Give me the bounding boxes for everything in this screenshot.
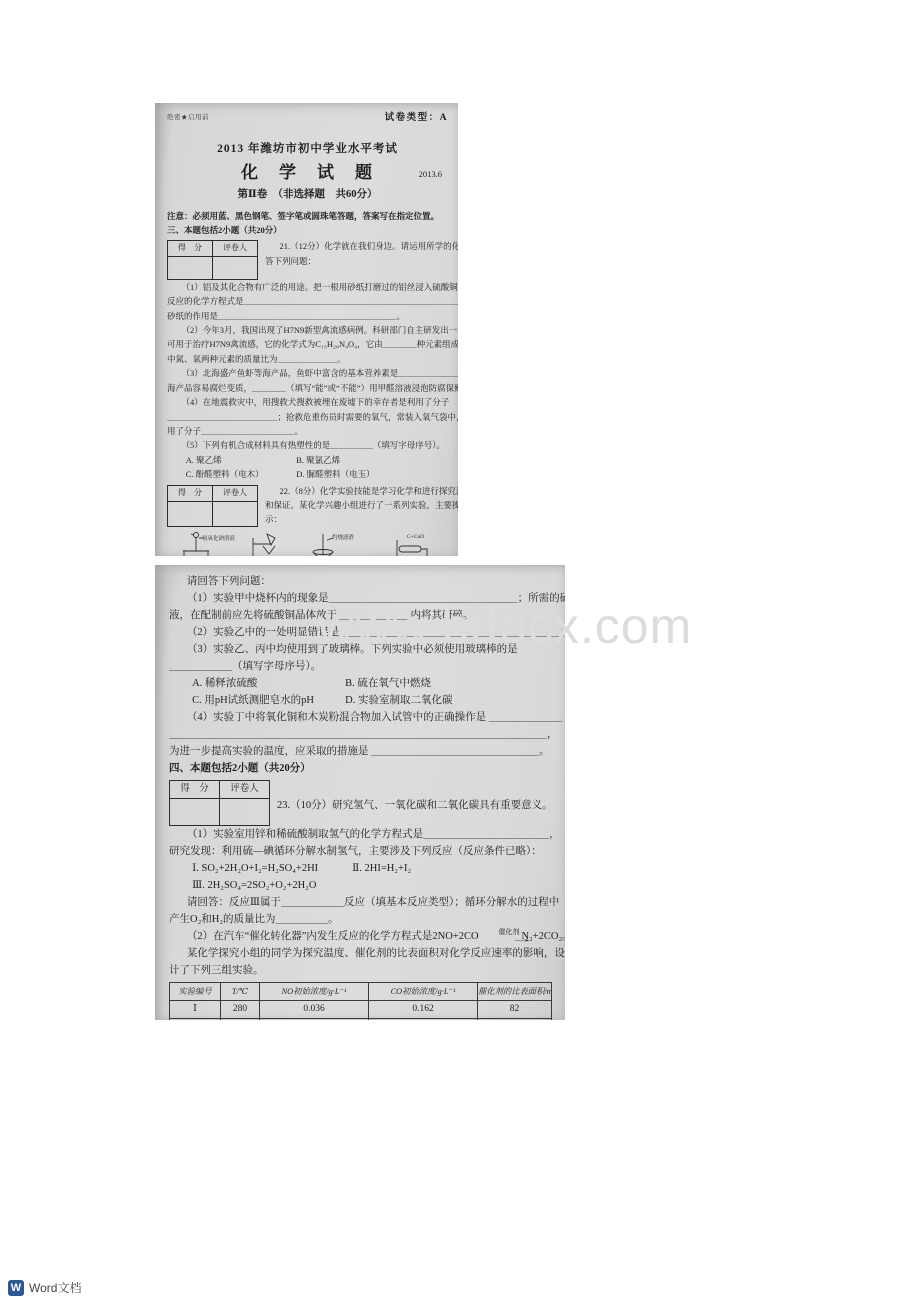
q22-intro-line1: 22.（8分）化学实验技能是学习化学和进行探究活动的基础 <box>265 484 458 498</box>
q23-intro: 23.（10分）研究氢气、一氧化碳和二氧化碳具有重要意义。 <box>277 797 553 814</box>
q21-intro-line1: 21.（12分）化学就在我们身边。请运用所学的化学知识，回 <box>265 239 458 253</box>
cell-exp-id: Ⅱ <box>170 1019 221 1021</box>
q22-header-row: 得 分 评卷人 22.（8分）化学实验技能是学习化学和进行探究活动的基础 和保证… <box>167 484 448 527</box>
q22-answer-line: 液，在配制前应先将硫酸铜晶体放于＿＿＿＿＿＿＿内将其研碎。 <box>169 607 552 624</box>
q23-catalyst-equation-line: （2）在汽车“催化转化器”内发生反应的化学方程式是2NO+2CO催化剂→N₂+2… <box>169 928 552 945</box>
exam-page-6: 请回答下列问题： （1）实验甲中烧杯内的现象是＿＿＿＿＿＿＿＿＿＿＿＿＿＿＿＿＿… <box>155 565 565 1020</box>
score-box-score-label: 得 分 <box>168 241 213 256</box>
score-box-cell <box>213 502 258 527</box>
q21-line: （5）下列有机合成材料具有热塑性的是＿＿＿＿＿（填写字母序号）。 <box>167 438 448 452</box>
q22-option-c: C. 用pH试纸测肥皂水的pH <box>169 692 345 709</box>
cell-temp: 280 <box>221 1019 260 1021</box>
p2-intro: 请回答下列问题： <box>169 573 552 590</box>
q23-header-row: 得 分 评卷人 23.（10分）研究氢气、一氧化碳和二氧化碳具有重要意义。 <box>169 779 552 826</box>
word-doc-badge[interactable]: W Word文档 <box>8 1279 81 1296</box>
exam-title: 2013 年潍坊市初中学业水平考试 <box>167 142 448 156</box>
cell-co: 0.162 <box>369 1019 478 1021</box>
q21-line: ＿＿＿＿＿＿＿＿＿＿＿＿＿；抢救危重伤员时需要的氧气，常装入氧气袋中，利 <box>167 410 448 424</box>
apparatus-diagram-svg: 氢氧化钠溶液 硫酸铜溶液 甲 乙 灼烧滤渣 <box>171 530 449 556</box>
q23-line: 某化学探究小组的同学为探究温度、催化剂的比表面积对化学反应速率的影响，设 <box>169 945 552 962</box>
q22-options-row1: A. 稀释浓硫酸 B. 硫在氧气中燃烧 <box>169 675 552 692</box>
word-doc-label: Word文档 <box>29 1279 81 1296</box>
col-exp-id: 实验编号 <box>170 983 221 1001</box>
zhuoshao-label: 灼烧滤渣 <box>332 533 355 541</box>
cell-exp-id: Ⅰ <box>170 1001 221 1019</box>
table-row: Ⅱ 280 0.036 0.162 124 <box>170 1019 552 1021</box>
q22-intro-line3: 示： <box>265 512 458 526</box>
score-box-grader-label: 评卷人 <box>213 241 258 256</box>
part4-heading: 四、本题包括2小题（共20分） <box>169 760 552 777</box>
test-tube-ding <box>399 546 421 552</box>
score-box-grader-label: 评卷人 <box>220 781 270 799</box>
q21-option-d: D. 脲醛塑料（电玉） <box>296 467 448 481</box>
page1-header: 绝密★启用前 试卷类型：A <box>167 111 448 125</box>
score-box-q22: 得 分 评卷人 <box>167 485 258 527</box>
q23-intro-wrap: 23.（10分）研究氢气、一氧化碳和二氧化碳具有重要意义。 <box>270 779 553 826</box>
cell-area: 82 <box>478 1001 552 1019</box>
security-note: 绝密★启用前 <box>167 111 209 125</box>
score-box-grader-label: 评卷人 <box>213 485 258 502</box>
col-co-conc: CO初始浓度/g·L⁻¹ <box>369 983 478 1001</box>
col-temperature: T/℃ <box>221 983 260 1001</box>
q22-intro-line2: 和保证。某化学兴趣小组进行了一系列实验，主要操作过程下图所 <box>265 498 458 512</box>
subject-title: 化 学 试 题 <box>241 163 374 182</box>
c-cuo-label: C+CuO <box>407 534 424 540</box>
catalyst-eq-left: （2）在汽车“催化转化器”内发生反应的化学方程式是2NO+2CO <box>187 931 479 942</box>
q21-line: （2）今年3月，我国出现了H7N9新型禽流感病例。科研部门自主研发出一种新药 <box>167 323 448 337</box>
part3-heading: 三、本题包括2小题（共20分） <box>167 223 448 237</box>
score-box-cell <box>213 256 258 279</box>
equation-1: Ⅰ. SO₂+2H₂O+I₂=H₂SO₄+2HI <box>192 863 318 874</box>
cell-area: 124 <box>478 1019 552 1021</box>
score-box-cell <box>168 256 213 279</box>
subject-title-row: 化 学 试 题 2013.6 <box>167 166 448 182</box>
section-title: 第Ⅱ卷 （非选择题 共60分） <box>167 188 448 202</box>
q21-line: 砂纸的作用是＿＿＿＿＿＿＿＿＿＿＿＿＿＿＿＿＿＿＿＿＿。 <box>167 309 448 323</box>
beaker-jia <box>183 551 209 556</box>
exam-date: 2013.6 <box>419 167 442 181</box>
q21-line: 反应的化学方程式是＿＿＿＿＿＿＿＿＿＿＿＿＿＿＿＿＿＿＿＿＿＿＿＿＿＿， <box>167 294 448 308</box>
q22-answer-line: （4）实验丁中将氧化铜和木炭粉混合物加入试管中的正确操作是 ＿＿＿＿＿＿＿ <box>169 709 552 726</box>
funnel-yi <box>263 546 275 554</box>
score-box-cell <box>168 502 213 527</box>
score-box-cell <box>170 799 220 826</box>
paper-type-label: 试卷类型：A <box>385 111 448 125</box>
q22-answer-line: ＿＿＿＿＿＿（填写字母序号）。 <box>169 658 552 675</box>
pouring-vessel <box>267 534 275 545</box>
q22-intro: 22.（8分）化学实验技能是学习化学和进行探究活动的基础 和保证。某化学兴趣小组… <box>258 484 458 527</box>
q23-line: 研究发现：利用硫—碘循环分解水制氢气，主要涉及下列反应（反应条件已略）： <box>169 843 552 860</box>
q21-line: 海产品容易腐烂变质，＿＿＿＿（填写“能”或“不能”）用甲醛溶液浸泡防腐保鲜。 <box>167 381 448 395</box>
q21-option-b: B. 聚氯乙烯 <box>296 453 448 467</box>
equation-2: Ⅱ. 2HI=H₂+I₂ <box>352 863 411 874</box>
score-box-score-label: 得 分 <box>170 781 220 799</box>
score-box-score-label: 得 分 <box>168 485 213 502</box>
q22-option-d: D. 实验室制取二氧化碳 <box>345 692 552 709</box>
q22-options-row2: C. 用pH试纸测肥皂水的pH D. 实验室制取二氧化碳 <box>169 692 552 709</box>
q23-line: 产生O₂和H₂的质量比为＿＿＿＿＿。 <box>169 911 552 928</box>
q21-line: 中氮、氧两种元素的质量比为＿＿＿＿＿＿＿。 <box>167 352 448 366</box>
col-catalyst-area: 催化剂的比表面积/m²·g⁻¹ <box>478 983 552 1001</box>
word-icon: W <box>8 1280 24 1296</box>
q21-options-row2: C. 酚醛塑料（电木） D. 脲醛塑料（电玉） <box>167 467 448 481</box>
experiment-data-table: 实验编号 T/℃ NO初始浓度/g·L⁻¹ CO初始浓度/g·L⁻¹ 催化剂的比… <box>169 982 552 1020</box>
q22-option-b: B. 硫在氧气中燃烧 <box>345 675 552 692</box>
col-no-conc: NO初始浓度/g·L⁻¹ <box>260 983 369 1001</box>
dropper-bulb <box>194 532 199 537</box>
q22-answer-line: （3）实验乙、丙中均使用到了玻璃棒。下列实验中必须使用玻璃棒的是 <box>169 641 552 658</box>
q23-line: 请回答：反应Ⅲ属于＿＿＿＿＿＿反应（填基本反应类型）；循环分解水的过程中 <box>169 894 552 911</box>
naoh-label: 氢氧化钠溶液 <box>202 534 236 542</box>
score-box-q23: 得 分 评卷人 <box>169 780 270 826</box>
q22-option-a: A. 稀释浓硫酸 <box>169 675 345 692</box>
score-box-q21: 得 分 评卷人 <box>167 240 258 279</box>
cell-no: 0.036 <box>260 1001 369 1019</box>
q22-answer-line: 为进一步提高实验的温度，应采取的措施是 ＿＿＿＿＿＿＿＿＿＿＿＿＿＿＿＿。 <box>169 743 552 760</box>
q22-answer-line: （2）实验乙中的一处明显错误是＿＿＿＿＿＿＿＿＿＿＿＿＿＿＿＿＿＿＿＿＿＿＿。 <box>169 624 552 641</box>
q21-intro-line2: 答下列问题： <box>265 254 458 268</box>
q22-answer-line: （1）实验甲中烧杯内的现象是＿＿＿＿＿＿＿＿＿＿＿＿＿＿＿＿＿＿；所需的硫酸铜溶 <box>169 590 552 607</box>
q21-intro: 21.（12分）化学就在我们身边。请运用所学的化学知识，回 答下列问题： <box>258 239 458 279</box>
q21-option-c: C. 酚醛塑料（电木） <box>167 467 296 481</box>
q23-line: （1）实验室用锌和稀硫酸制取氢气的化学方程式是＿＿＿＿＿＿＿＿＿＿＿＿， <box>169 826 552 843</box>
q21-line: （4）在地震救灾中，用搜救犬搜救被埋在废墟下的幸存者是利用了分子 <box>167 395 448 409</box>
q21-line: 可用于治疗H7N9禽流感，它的化学式为C₁₅H₂₈N₄O₄，它由＿＿＿＿种元素组… <box>167 337 448 351</box>
q23-line: 计了下列三组实验。 <box>169 962 552 979</box>
table-header-row: 实验编号 T/℃ NO初始浓度/g·L⁻¹ CO初始浓度/g·L⁻¹ 催化剂的比… <box>170 983 552 1001</box>
exam-page-5: 绝密★启用前 试卷类型：A 2013 年潍坊市初中学业水平考试 化 学 试 题 … <box>155 103 458 556</box>
experiment-flow-diagram: 氢氧化钠溶液 硫酸铜溶液 甲 乙 灼烧滤渣 <box>171 530 448 556</box>
q21-line: （1）铝及其化合物有广泛的用途。把一根用砂纸打磨过的铝丝浸入硫酸铜溶液中， <box>167 280 448 294</box>
cell-no: 0.036 <box>260 1019 369 1021</box>
q22-answer-line: ＿＿＿＿＿＿＿＿＿＿＿＿＿＿＿＿＿＿＿＿＿＿＿＿＿＿＿＿＿＿＿＿＿＿＿＿， <box>169 726 552 743</box>
q21-header-row: 得 分 评卷人 21.（12分）化学就在我们身边。请运用所学的化学知识，回 答下… <box>167 239 448 279</box>
cell-temp: 280 <box>221 1001 260 1019</box>
notice-line: 注意：必须用蓝、黑色钢笔、签字笔或圆珠笔答题，答案写在指定位置。 <box>167 209 448 223</box>
q21-option-a: A. 聚乙烯 <box>167 453 296 467</box>
table-row: Ⅰ 280 0.036 0.162 82 <box>170 1001 552 1019</box>
reaction-arrow: 催化剂→ <box>481 929 520 943</box>
cell-co: 0.162 <box>369 1001 478 1019</box>
score-box-cell <box>220 799 270 826</box>
equation-3: Ⅲ. 2H₂SO₄=2SO₂+O₂+2H₂O <box>169 877 552 894</box>
q21-options-row1: A. 聚乙烯 B. 聚氯乙烯 <box>167 453 448 467</box>
q23-equations-1: Ⅰ. SO₂+2H₂O+I₂=H₂SO₄+2HIⅡ. 2HI=H₂+I₂ <box>169 860 552 877</box>
arrow-glyph: → <box>453 936 546 943</box>
q21-line: 用了分子＿＿＿＿＿＿＿＿＿＿＿。 <box>167 424 448 438</box>
q21-line: （3）北海盛产鱼虾等海产品，鱼虾中富含的基本营养素是＿＿＿＿＿＿＿＿＿＿； <box>167 366 448 380</box>
